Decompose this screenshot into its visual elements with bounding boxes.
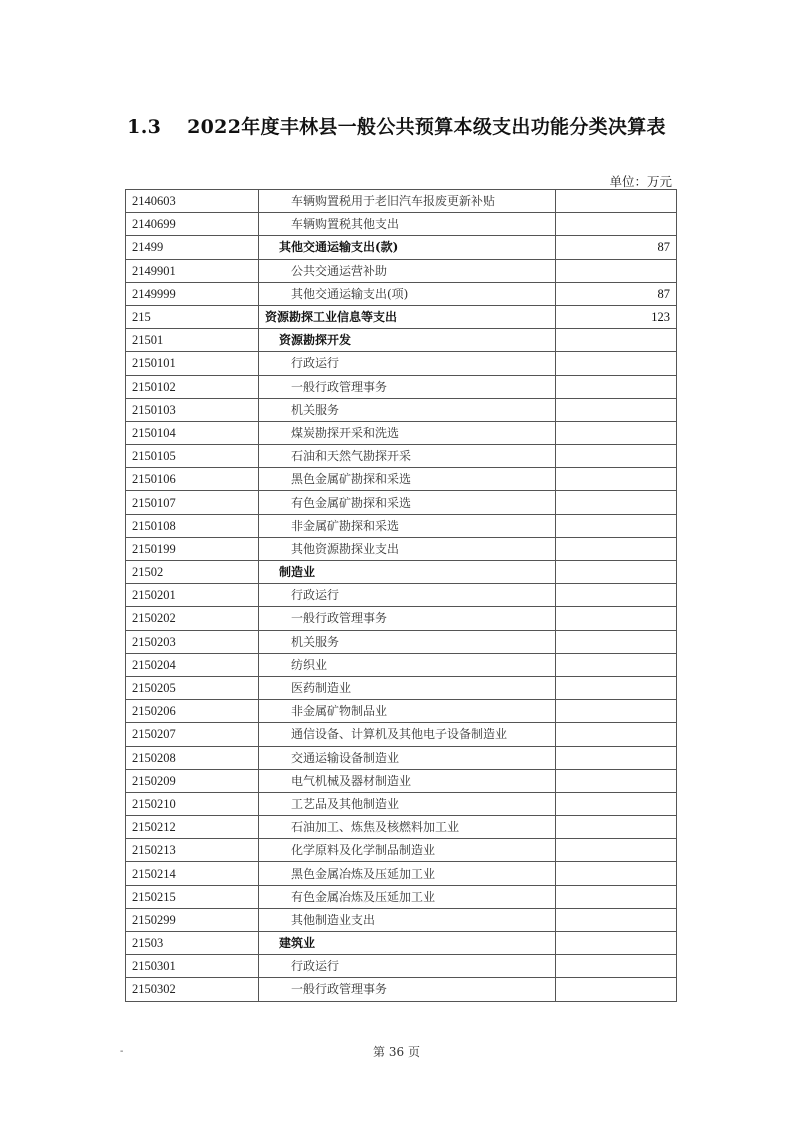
page-number: 第 36 页: [0, 1043, 793, 1060]
subject-code-cell: 2150209: [126, 769, 259, 792]
subject-code-cell: 2150103: [126, 398, 259, 421]
amount-cell: [556, 190, 677, 213]
amount-cell: [556, 259, 677, 282]
subject-name-cell: 一般行政管理事务: [259, 375, 556, 398]
table-row: 21503建筑业: [126, 932, 677, 955]
table-row: 21499其他交通运输支出(款)87: [126, 236, 677, 259]
subject-name-cell: 非金属矿勘探和采选: [259, 514, 556, 537]
table-row: 2150201行政运行: [126, 584, 677, 607]
document-title: 1.32022年度丰林县一般公共预算本级支出功能分类决算表: [0, 112, 793, 139]
subject-name-cell: 通信设备、计算机及其他电子设备制造业: [259, 723, 556, 746]
table-row: 2150210工艺品及其他制造业: [126, 792, 677, 815]
subject-name-cell: 一般行政管理事务: [259, 607, 556, 630]
title-text: 2022年度丰林县一般公共预算本级支出功能分类决算表: [187, 116, 666, 138]
subject-code-cell: 2150301: [126, 955, 259, 978]
subject-code-cell: 2149901: [126, 259, 259, 282]
subject-code-cell: 2140603: [126, 190, 259, 213]
subject-name-cell: 石油和天然气勘探开采: [259, 445, 556, 468]
subject-name-cell: 行政运行: [259, 955, 556, 978]
subject-code-cell: 2150213: [126, 839, 259, 862]
subject-code-cell: 2150201: [126, 584, 259, 607]
table-row: 2150102一般行政管理事务: [126, 375, 677, 398]
subject-code-cell: 2150212: [126, 816, 259, 839]
subject-name-cell: 建筑业: [259, 932, 556, 955]
table-row: 2150206非金属矿物制品业: [126, 700, 677, 723]
amount-cell: [556, 792, 677, 815]
amount-cell: [556, 607, 677, 630]
subject-code-cell: 2140699: [126, 213, 259, 236]
amount-cell: [556, 885, 677, 908]
amount-cell: 87: [556, 282, 677, 305]
amount-cell: [556, 630, 677, 653]
table-row: 2150199其他资源勘探业支出: [126, 537, 677, 560]
subject-name-cell: 其他交通运输支出(项): [259, 282, 556, 305]
amount-cell: [556, 816, 677, 839]
subject-code-cell: 215: [126, 305, 259, 328]
subject-name-cell: 黑色金属矿勘探和采选: [259, 468, 556, 491]
table-row: 2150208交通运输设备制造业: [126, 746, 677, 769]
subject-code-cell: 2150208: [126, 746, 259, 769]
subject-code-cell: 2150101: [126, 352, 259, 375]
subject-name-cell: 有色金属矿勘探和采选: [259, 491, 556, 514]
table-row: 2150212石油加工、炼焦及核燃料加工业: [126, 816, 677, 839]
subject-code-cell: 2150210: [126, 792, 259, 815]
subject-code-cell: 2150107: [126, 491, 259, 514]
table-row: 2150105石油和天然气勘探开采: [126, 445, 677, 468]
amount-cell: [556, 213, 677, 236]
amount-cell: [556, 955, 677, 978]
subject-code-cell: 2150108: [126, 514, 259, 537]
table-row: 2150203机关服务: [126, 630, 677, 653]
table-row: 2150214黑色金属冶炼及压延加工业: [126, 862, 677, 885]
subject-code-cell: 2150205: [126, 676, 259, 699]
amount-cell: [556, 421, 677, 444]
table-row: 2150202一般行政管理事务: [126, 607, 677, 630]
amount-cell: [556, 769, 677, 792]
subject-code-cell: 2150302: [126, 978, 259, 1001]
subject-name-cell: 石油加工、炼焦及核燃料加工业: [259, 816, 556, 839]
table-row: 2150213化学原料及化学制品制造业: [126, 839, 677, 862]
subject-name-cell: 非金属矿物制品业: [259, 700, 556, 723]
table-row: 21502制造业: [126, 561, 677, 584]
amount-cell: [556, 398, 677, 421]
subject-name-cell: 交通运输设备制造业: [259, 746, 556, 769]
table-row: 2150204纺织业: [126, 653, 677, 676]
subject-name-cell: 电气机械及器材制造业: [259, 769, 556, 792]
subject-code-cell: 2150214: [126, 862, 259, 885]
subject-name-cell: 医药制造业: [259, 676, 556, 699]
subject-code-cell: 2150203: [126, 630, 259, 653]
table-row: 2150302一般行政管理事务: [126, 978, 677, 1001]
table-row: 215资源勘探工业信息等支出123: [126, 305, 677, 328]
subject-code-cell: 2150204: [126, 653, 259, 676]
amount-cell: [556, 653, 677, 676]
subject-code-cell: 2150206: [126, 700, 259, 723]
subject-name-cell: 一般行政管理事务: [259, 978, 556, 1001]
subject-code-cell: 2150299: [126, 908, 259, 931]
unit-label: 单位：万元: [609, 172, 672, 190]
table-row: 2150103机关服务: [126, 398, 677, 421]
subject-name-cell: 其他交通运输支出(款): [259, 236, 556, 259]
amount-cell: [556, 491, 677, 514]
subject-code-cell: 2150215: [126, 885, 259, 908]
amount-cell: [556, 375, 677, 398]
table-row: 2150299其他制造业支出: [126, 908, 677, 931]
amount-cell: [556, 561, 677, 584]
table-row: 2149999其他交通运输支出(项)87: [126, 282, 677, 305]
table-row: 2150107有色金属矿勘探和采选: [126, 491, 677, 514]
subject-code-cell: 2150199: [126, 537, 259, 560]
table-row: 21501资源勘探开发: [126, 329, 677, 352]
subject-code-cell: 21499: [126, 236, 259, 259]
subject-code-cell: 2150105: [126, 445, 259, 468]
amount-cell: [556, 723, 677, 746]
amount-cell: [556, 839, 677, 862]
subject-code-cell: 2150202: [126, 607, 259, 630]
subject-code-cell: 21502: [126, 561, 259, 584]
table-row: 2140699车辆购置税其他支出: [126, 213, 677, 236]
table-row: 2150101行政运行: [126, 352, 677, 375]
amount-cell: 87: [556, 236, 677, 259]
amount-cell: [556, 514, 677, 537]
budget-table: 2140603车辆购置税用于老旧汽车报废更新补贴2140699车辆购置税其他支出…: [125, 189, 677, 1002]
subject-code-cell: 21501: [126, 329, 259, 352]
subject-code-cell: 2150207: [126, 723, 259, 746]
subject-name-cell: 有色金属冶炼及压延加工业: [259, 885, 556, 908]
subject-name-cell: 其他制造业支出: [259, 908, 556, 931]
table-row: 2149901公共交通运营补助: [126, 259, 677, 282]
amount-cell: [556, 978, 677, 1001]
subject-name-cell: 机关服务: [259, 630, 556, 653]
subject-name-cell: 资源勘探工业信息等支出: [259, 305, 556, 328]
amount-cell: [556, 445, 677, 468]
amount-cell: [556, 584, 677, 607]
subject-name-cell: 制造业: [259, 561, 556, 584]
table-row: 2150104煤炭勘探开采和洗选: [126, 421, 677, 444]
table-row: 2150207通信设备、计算机及其他电子设备制造业: [126, 723, 677, 746]
amount-cell: 123: [556, 305, 677, 328]
subject-name-cell: 资源勘探开发: [259, 329, 556, 352]
table-row: 2150209电气机械及器材制造业: [126, 769, 677, 792]
subject-name-cell: 煤炭勘探开采和洗选: [259, 421, 556, 444]
amount-cell: [556, 352, 677, 375]
section-number: 1.3: [127, 116, 161, 138]
budget-table-body: 2140603车辆购置税用于老旧汽车报废更新补贴2140699车辆购置税其他支出…: [126, 190, 677, 1002]
subject-name-cell: 公共交通运营补助: [259, 259, 556, 282]
table-row: 2150108非金属矿勘探和采选: [126, 514, 677, 537]
table-row: 2140603车辆购置税用于老旧汽车报废更新补贴: [126, 190, 677, 213]
subject-name-cell: 化学原料及化学制品制造业: [259, 839, 556, 862]
amount-cell: [556, 862, 677, 885]
subject-name-cell: 车辆购置税其他支出: [259, 213, 556, 236]
table-row: 2150215有色金属冶炼及压延加工业: [126, 885, 677, 908]
subject-name-cell: 其他资源勘探业支出: [259, 537, 556, 560]
subject-code-cell: 2149999: [126, 282, 259, 305]
subject-code-cell: 21503: [126, 932, 259, 955]
subject-code-cell: 2150102: [126, 375, 259, 398]
amount-cell: [556, 932, 677, 955]
subject-name-cell: 纺织业: [259, 653, 556, 676]
subject-name-cell: 行政运行: [259, 352, 556, 375]
subject-name-cell: 行政运行: [259, 584, 556, 607]
amount-cell: [556, 468, 677, 491]
amount-cell: [556, 746, 677, 769]
subject-name-cell: 机关服务: [259, 398, 556, 421]
subject-name-cell: 黑色金属冶炼及压延加工业: [259, 862, 556, 885]
amount-cell: [556, 700, 677, 723]
subject-name-cell: 工艺品及其他制造业: [259, 792, 556, 815]
amount-cell: [556, 908, 677, 931]
amount-cell: [556, 329, 677, 352]
table-row: 2150301行政运行: [126, 955, 677, 978]
amount-cell: [556, 676, 677, 699]
subject-code-cell: 2150104: [126, 421, 259, 444]
subject-code-cell: 2150106: [126, 468, 259, 491]
table-row: 2150205医药制造业: [126, 676, 677, 699]
subject-name-cell: 车辆购置税用于老旧汽车报废更新补贴: [259, 190, 556, 213]
amount-cell: [556, 537, 677, 560]
table-row: 2150106黑色金属矿勘探和采选: [126, 468, 677, 491]
